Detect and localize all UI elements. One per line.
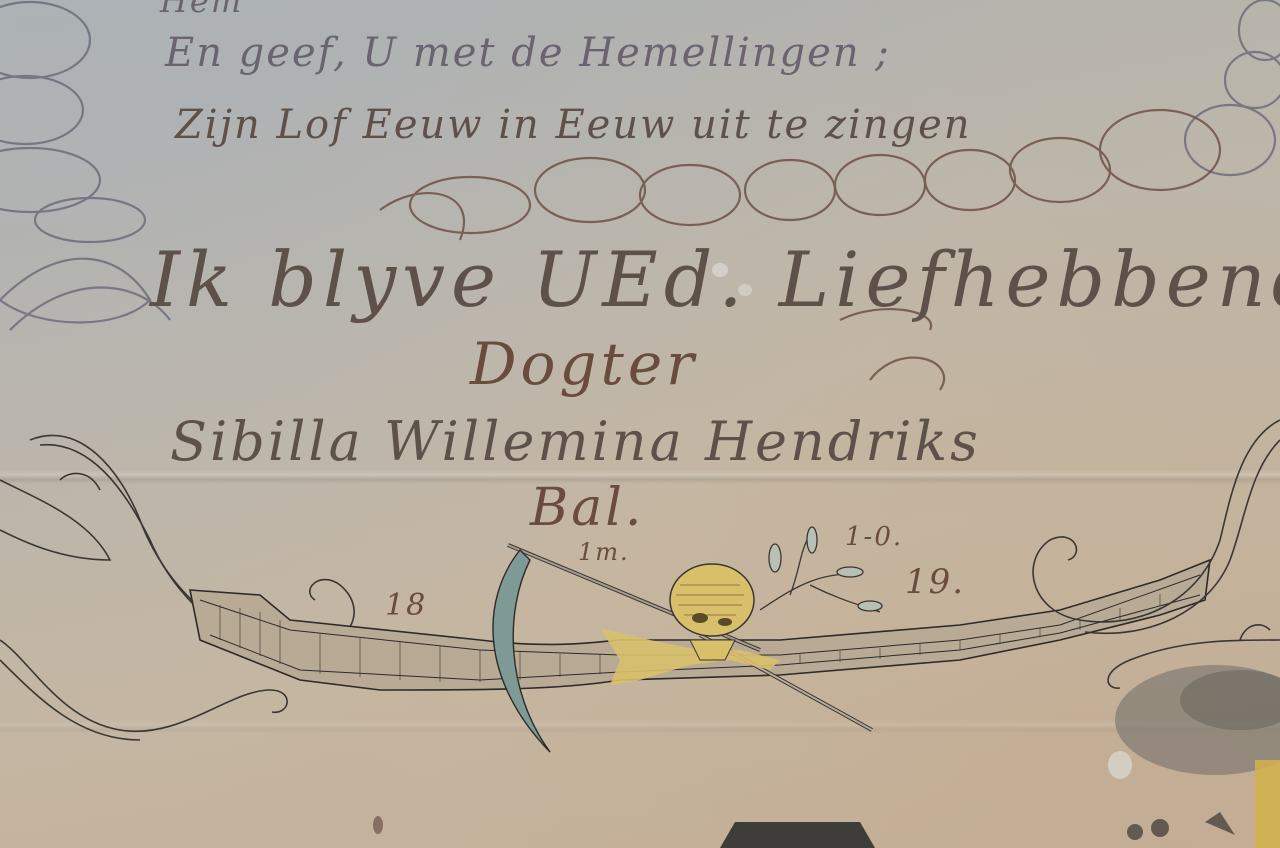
handwritten-closing: Ik blyve UEd. Liefhebbende — [150, 235, 1280, 324]
acanthus-scroll-left — [0, 435, 354, 740]
handwritten-line-1: En geef, U met de Hemellingen ; — [165, 30, 891, 76]
date-year-right: 19. — [905, 562, 965, 602]
rooftop — [720, 822, 875, 848]
date-year-left: 18 — [385, 588, 427, 623]
handwritten-line-partial: Hem — [160, 0, 243, 20]
date-month: 1-0. — [845, 522, 903, 552]
signature-name: Sibilla Willemina Hendriks — [170, 410, 981, 473]
pen-flourish-right — [1185, 0, 1280, 175]
pen-flourish-left — [0, 2, 170, 330]
signature-surname: Bal. — [530, 478, 644, 538]
date-day: 1m. — [578, 538, 630, 566]
handwritten-dogter: Dogter — [470, 330, 698, 398]
small-figures — [1127, 812, 1235, 840]
acanthus-scroll-right — [1033, 420, 1280, 688]
tree-foliage — [1115, 665, 1280, 848]
handwritten-line-2: Zijn Lof Eeuw in Eeuw uit te zingen — [175, 102, 972, 148]
